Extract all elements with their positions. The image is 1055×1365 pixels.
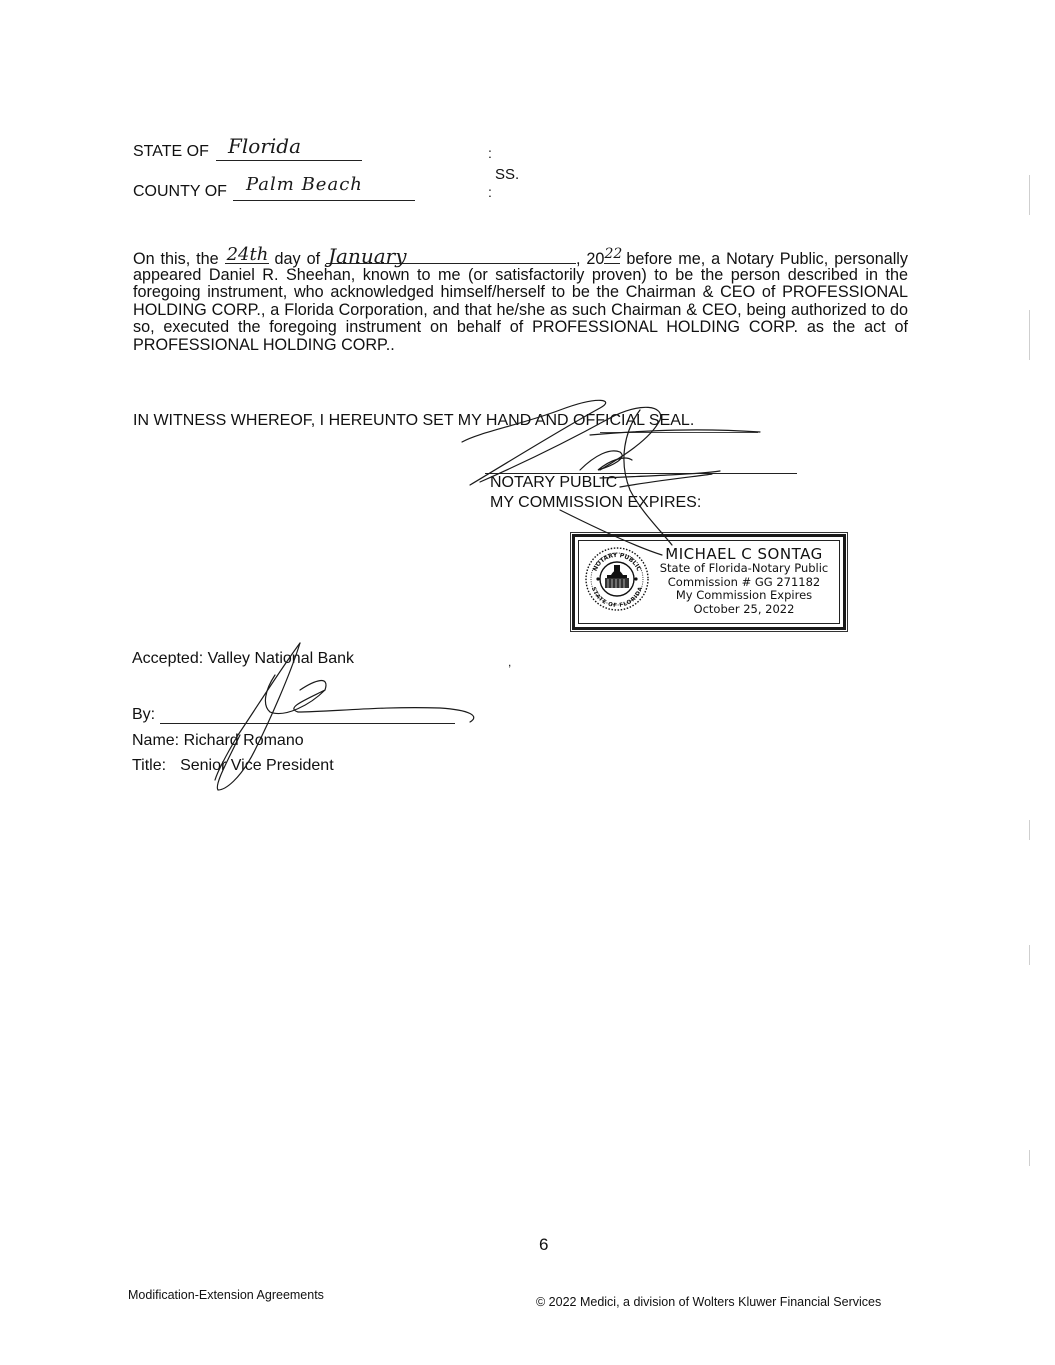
county-handwritten-value: Palm Beach (246, 176, 363, 194)
stray-mark: , (508, 656, 511, 668)
signer-title: Title:Senior Vice President (132, 758, 334, 774)
notary-public-label: NOTARY PUBLIC (490, 475, 617, 491)
day-handwritten-value: 24th (227, 246, 269, 264)
scan-artifact (1029, 820, 1030, 840)
state-blank-line (216, 160, 362, 161)
month-handwritten-value: January (328, 248, 407, 266)
state-label: STATE OF (133, 144, 209, 160)
scan-artifact (1029, 945, 1030, 965)
county-label: COUNTY OF (133, 184, 227, 200)
state-handwritten-value: Florida (228, 136, 301, 156)
acknowledgment-line-5: so, executed the foregoing instrument on… (133, 319, 908, 337)
venue-colon-bottom: : (488, 185, 492, 199)
notary-state-line: State of Florida-Notary Public (649, 562, 839, 576)
notary-commission-number: Commission # GG 271182 (649, 576, 839, 590)
footer-copyright: © 2022 Medici, a division of Wolters Klu… (536, 1296, 881, 1309)
title-label: Title: (132, 757, 166, 774)
title-value: Senior Vice President (180, 757, 334, 774)
acknowledgment-line-6: PROFESSIONAL HOLDING CORP.. (133, 337, 908, 355)
acknowledgment-line-1: On this, the 24th day of January, 2022 b… (133, 249, 908, 267)
by-label: By: (132, 707, 155, 723)
accepted-by-bank: Accepted: Valley National Bank (132, 651, 354, 667)
acknowledgment-line-4: HOLDING CORP., a Florida Corporation, an… (133, 302, 908, 320)
svg-text:STATE OF FLORIDA: STATE OF FLORIDA (590, 586, 644, 609)
day-blank: 24th (225, 249, 269, 264)
notary-name: MICHAEL C SONTAG (649, 547, 839, 562)
notary-stamp-text: MICHAEL C SONTAG State of Florida-Notary… (649, 547, 839, 616)
scan-artifact (1029, 175, 1030, 215)
month-blank: January (326, 249, 576, 264)
commission-expires-label: MY COMMISSION EXPIRES: (490, 495, 701, 511)
notary-signature-icon (0, 0, 1055, 1365)
year-blank: 22 (604, 249, 620, 264)
seal-bottom-text: STATE OF FLORIDA (590, 586, 644, 609)
scan-artifact (1029, 310, 1030, 360)
acknowledgment-line-2: appeared Daniel R. Sheehan, known to me … (133, 267, 908, 285)
footer-document-title: Modification-Extension Agreements (128, 1289, 324, 1302)
bank-signature-line (160, 723, 455, 724)
acknowledgment-line-3: foregoing instrument, who acknowledged h… (133, 284, 908, 302)
bank-signer-signature-icon (0, 0, 1055, 1365)
notary-expiration-date: October 25, 2022 (649, 603, 839, 617)
scan-artifact (1029, 1150, 1030, 1166)
signer-name: Name: Richard Romano (132, 733, 304, 749)
county-blank-line (233, 200, 415, 201)
acknowledgment-paragraph: On this, the 24th day of January, 2022 b… (133, 249, 908, 354)
witness-clause: IN WITNESS WHEREOF, I HEREUNTO SET MY HA… (133, 413, 694, 429)
notary-expires-label: My Commission Expires (649, 589, 839, 603)
venue-colon-top: : (488, 146, 492, 160)
notary-stamp: NOTARY PUBLIC STATE OF FLORIDA MICHAEL C… (572, 534, 846, 630)
notary-seal-icon: NOTARY PUBLIC STATE OF FLORIDA (583, 545, 651, 613)
ss-label: SS. (495, 167, 519, 182)
witness-stroke (600, 432, 758, 433)
page-number: 6 (539, 1236, 548, 1253)
year-handwritten-value: 22 (604, 246, 622, 264)
